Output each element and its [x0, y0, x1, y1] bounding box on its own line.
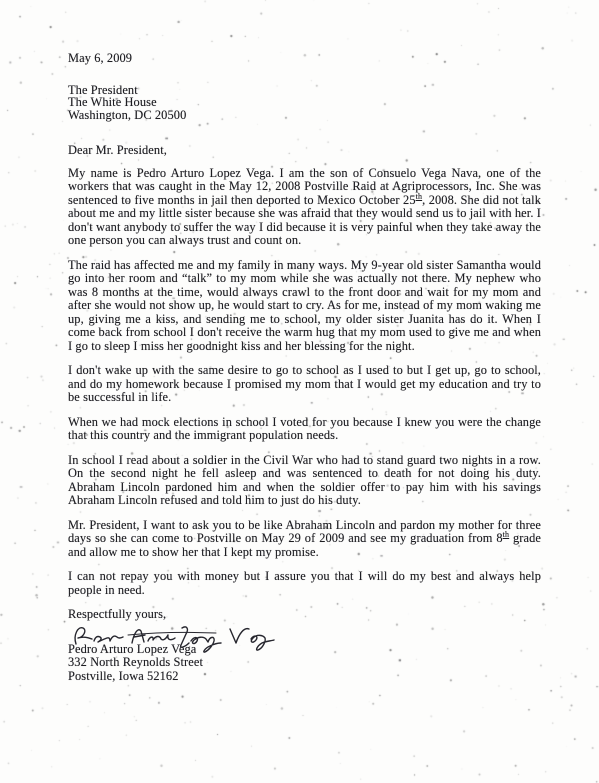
- sender-block: Pedro Arturo Lopez Vega 332 North Reynol…: [68, 643, 541, 683]
- paragraph-5: In school I read about a soldier in the …: [68, 454, 541, 508]
- scanned-letter-page: { "letter": { "date": "May 6, 2009", "re…: [0, 0, 599, 783]
- salutation: Dear Mr. President,: [68, 144, 541, 158]
- sender-city: Postville, Iowa 52162: [68, 670, 541, 683]
- letter-body: May 6, 2009 The President The White Hous…: [68, 52, 541, 683]
- paragraph-3: I don't wake up with the same desire to …: [68, 364, 541, 405]
- recipient-line: The White House: [68, 96, 541, 109]
- closing-line: Respectfully yours,: [68, 608, 541, 622]
- letter-date: May 6, 2009: [68, 52, 541, 66]
- paragraph-6: Mr. President, I want to ask you to be l…: [68, 519, 541, 560]
- sender-street: 332 North Reynolds Street: [68, 656, 541, 669]
- paragraph-1: My name is Pedro Arturo Lopez Vega. I am…: [68, 167, 541, 248]
- recipient-line: Washington, DC 20500: [68, 109, 541, 122]
- recipient-address-block: The President The White House Washington…: [68, 84, 541, 122]
- paragraph-2: The raid has affected me and my family i…: [68, 259, 541, 354]
- sender-name: Pedro Arturo Lopez Vega: [68, 643, 541, 656]
- paragraph-7: I can not repay you with money but I ass…: [68, 570, 541, 597]
- paragraph-4: When we had mock elections in school I v…: [68, 416, 541, 443]
